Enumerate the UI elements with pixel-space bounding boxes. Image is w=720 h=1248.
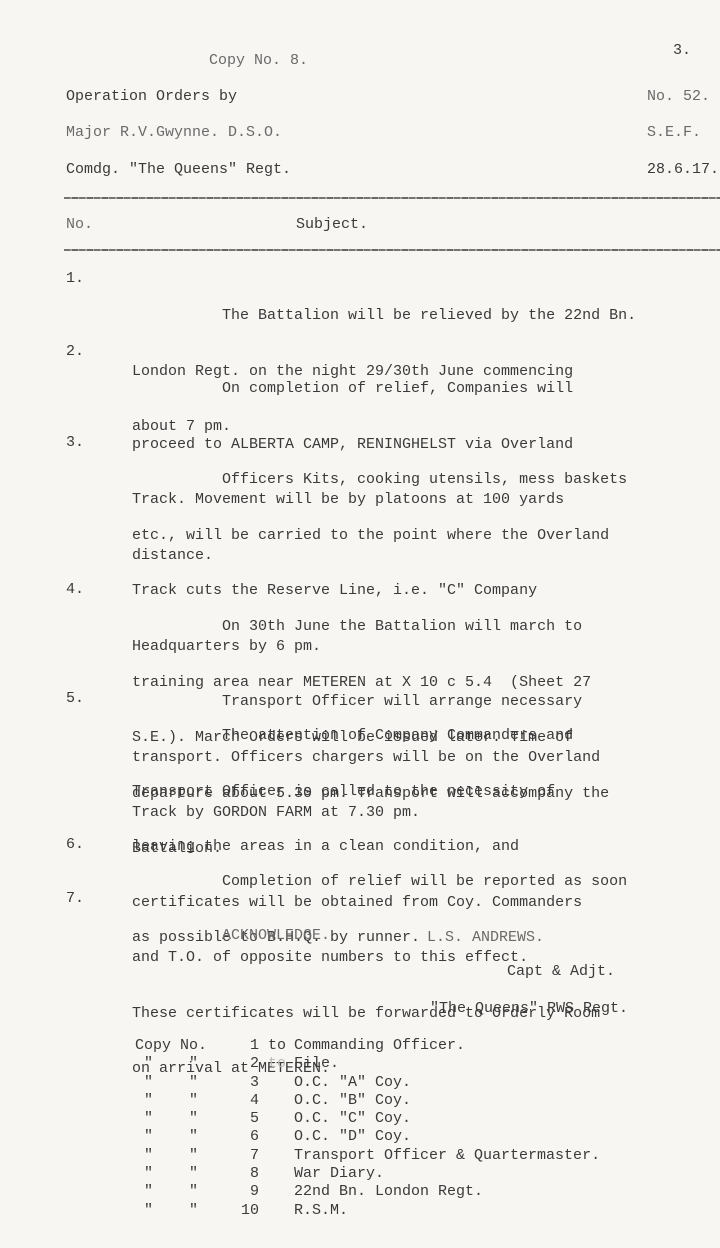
signatory-name: L.S. ANDREWS.	[427, 929, 544, 946]
paragraph-body: ACKNOWLEDGE.	[132, 890, 716, 983]
commander-name: Major R.V.Gwynne. D.S.O.	[66, 124, 282, 141]
paragraph-line: On 30th June the Battalion will march to	[132, 618, 716, 637]
page-number: 3.	[673, 42, 691, 59]
header-rule-top	[64, 197, 720, 199]
paragraph-line: Officers Kits, cooking utensils, mess ba…	[132, 471, 716, 490]
order-title: Operation Orders by	[66, 88, 237, 105]
paragraph-number: 2.	[66, 343, 84, 360]
copy-number: Copy No. 8.	[209, 52, 308, 69]
paragraph-line: The Battalion will be relieved by the 22…	[132, 307, 716, 326]
paragraph-number: 6.	[66, 836, 84, 853]
distribution-row: " "3 O.C. "A" Coy.	[135, 1074, 600, 1092]
paragraph-line: On completion of relief, Companies will	[132, 380, 716, 399]
distribution-row: " "10 R.S.M.	[135, 1202, 600, 1220]
force-designation: S.E.F.	[647, 124, 701, 141]
distribution-row: " "4 O.C. "B" Coy.	[135, 1092, 600, 1110]
paragraph-number: 3.	[66, 434, 84, 451]
distribution-row: " "7 Transport Officer & Quartermaster.	[135, 1147, 600, 1165]
regiment-line: Comdg. "The Queens" Regt.	[66, 161, 291, 178]
paragraph-line: etc., will be carried to the point where…	[132, 527, 716, 546]
paragraph-line: The attention of Company Commanders and	[132, 727, 716, 746]
distribution-row: " "6 O.C. "D" Coy.	[135, 1128, 600, 1146]
distribution-list: Copy No.1 toCommanding Officer. " "2 toF…	[135, 1037, 600, 1220]
signatory-rank: Capt & Adjt.	[507, 963, 615, 980]
column-header-subject: Subject.	[296, 216, 368, 233]
paragraph-number: 1.	[66, 270, 84, 287]
distribution-row: " "2 toFile.	[135, 1055, 600, 1073]
paragraph-number: 5.	[66, 690, 84, 707]
signatory-unit: "The Queens" RWS Regt.	[430, 1000, 628, 1017]
distribution-row: " "8 War Diary.	[135, 1165, 600, 1183]
header-rule-bottom	[64, 249, 720, 251]
order-date: 28.6.17.	[647, 161, 719, 178]
order-number: No. 52.	[647, 88, 710, 105]
paragraph-number: 7.	[66, 890, 84, 907]
distribution-row: Copy No.1 toCommanding Officer.	[135, 1037, 600, 1055]
distribution-row: " "5 O.C. "C" Coy.	[135, 1110, 600, 1128]
distribution-row: " "9 22nd Bn. London Regt.	[135, 1183, 600, 1201]
paragraph-number: 4.	[66, 581, 84, 598]
paragraph-line: These certificates will be forwarded to …	[132, 1005, 716, 1024]
paragraph-line: ACKNOWLEDGE.	[132, 927, 716, 946]
column-header-no: No.	[66, 216, 93, 233]
paragraph-line: Completion of relief will be reported as…	[132, 873, 716, 892]
paragraph-line: Transport Officer is called to the neces…	[132, 783, 716, 802]
